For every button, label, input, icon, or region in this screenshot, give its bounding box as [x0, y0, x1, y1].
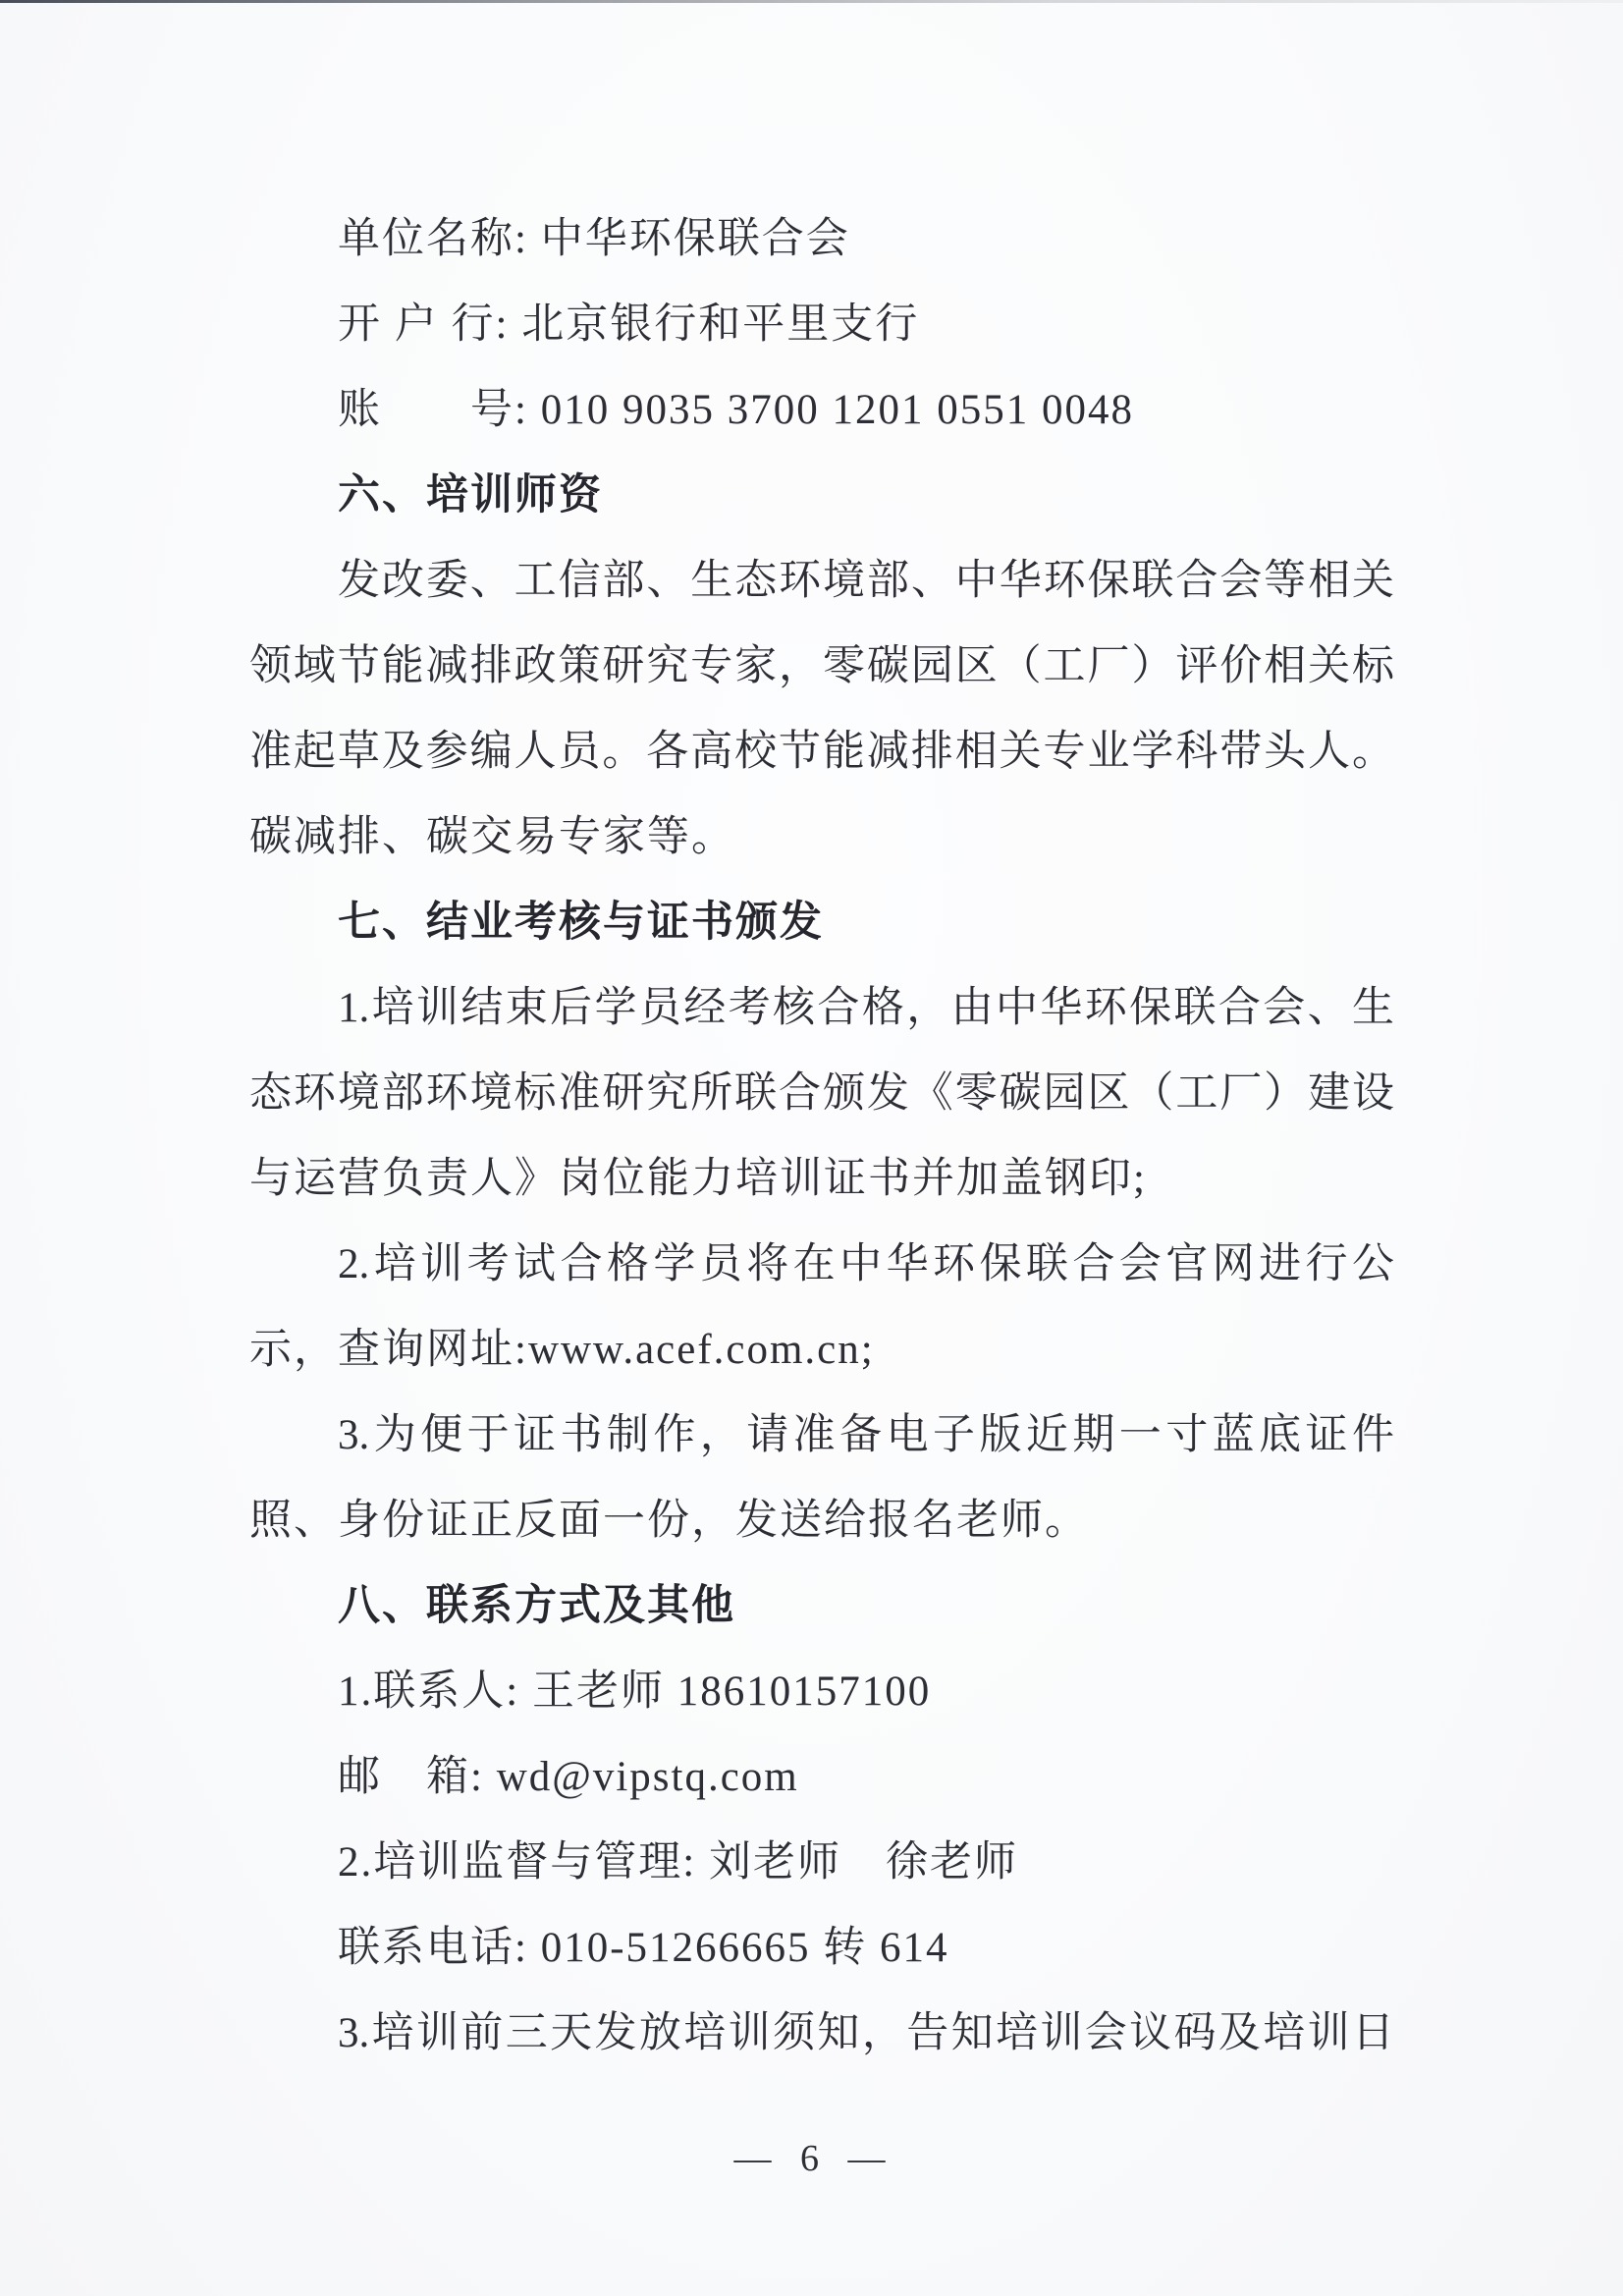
- text-line: 2.培训监督与管理: 刘老师 徐老师: [249, 1820, 1394, 1905]
- text-line: 领域节能减排政策研究专家，零碳园区（工厂）评价相关标: [249, 624, 1394, 709]
- text-line: 3.为便于证书制作，请准备电子版近期一寸蓝底证件: [249, 1393, 1394, 1478]
- text-line: 1.联系人: 王老师 18610157100: [249, 1649, 1394, 1734]
- text-line: 账 号: 010 9035 3700 1201 0551 0048: [249, 367, 1394, 453]
- document-body: 单位名称: 中华环保联合会开 户 行: 北京银行和平里支行账 号: 010 90…: [249, 196, 1394, 2076]
- page-number: — 6 —: [0, 2129, 1623, 2188]
- text-line: 联系电话: 010-51266665 转 614: [249, 1905, 1394, 1991]
- text-line: 开 户 行: 北京银行和平里支行: [249, 282, 1394, 367]
- text-line: 态环境部环境标准研究所联合颁发《零碳园区（工厂）建设: [249, 1051, 1394, 1136]
- text-line: 与运营负责人》岗位能力培训证书并加盖钢印;: [249, 1136, 1394, 1222]
- text-line: 3.培训前三天发放培训须知，告知培训会议码及培训日: [249, 1991, 1394, 2076]
- text-line: 1.培训结束后学员经考核合格，由中华环保联合会、生: [249, 965, 1394, 1051]
- text-line: 邮 箱: wd@vipstq.com: [249, 1734, 1394, 1820]
- text-line: 照、身份证正反面一份，发送给报名老师。: [249, 1478, 1394, 1563]
- text-line: 准起草及参编人员。各高校节能减排相关专业学科带头人。: [249, 709, 1394, 794]
- section-heading: 七、结业考核与证书颁发: [249, 880, 1394, 965]
- text-line: 示，查询网址:www.acef.com.cn;: [249, 1307, 1394, 1393]
- text-line: 发改委、工信部、生态环境部、中华环保联合会等相关: [249, 538, 1394, 624]
- scanned-document-page: 单位名称: 中华环保联合会开 户 行: 北京银行和平里支行账 号: 010 90…: [0, 0, 1623, 2296]
- section-heading: 六、培训师资: [249, 453, 1394, 538]
- text-line: 2.培训考试合格学员将在中华环保联合会官网进行公: [249, 1222, 1394, 1307]
- text-line: 单位名称: 中华环保联合会: [249, 196, 1394, 282]
- section-heading: 八、联系方式及其他: [249, 1563, 1394, 1649]
- scanner-edge-artifact: [0, 0, 1623, 3]
- text-line: 碳减排、碳交易专家等。: [249, 794, 1394, 880]
